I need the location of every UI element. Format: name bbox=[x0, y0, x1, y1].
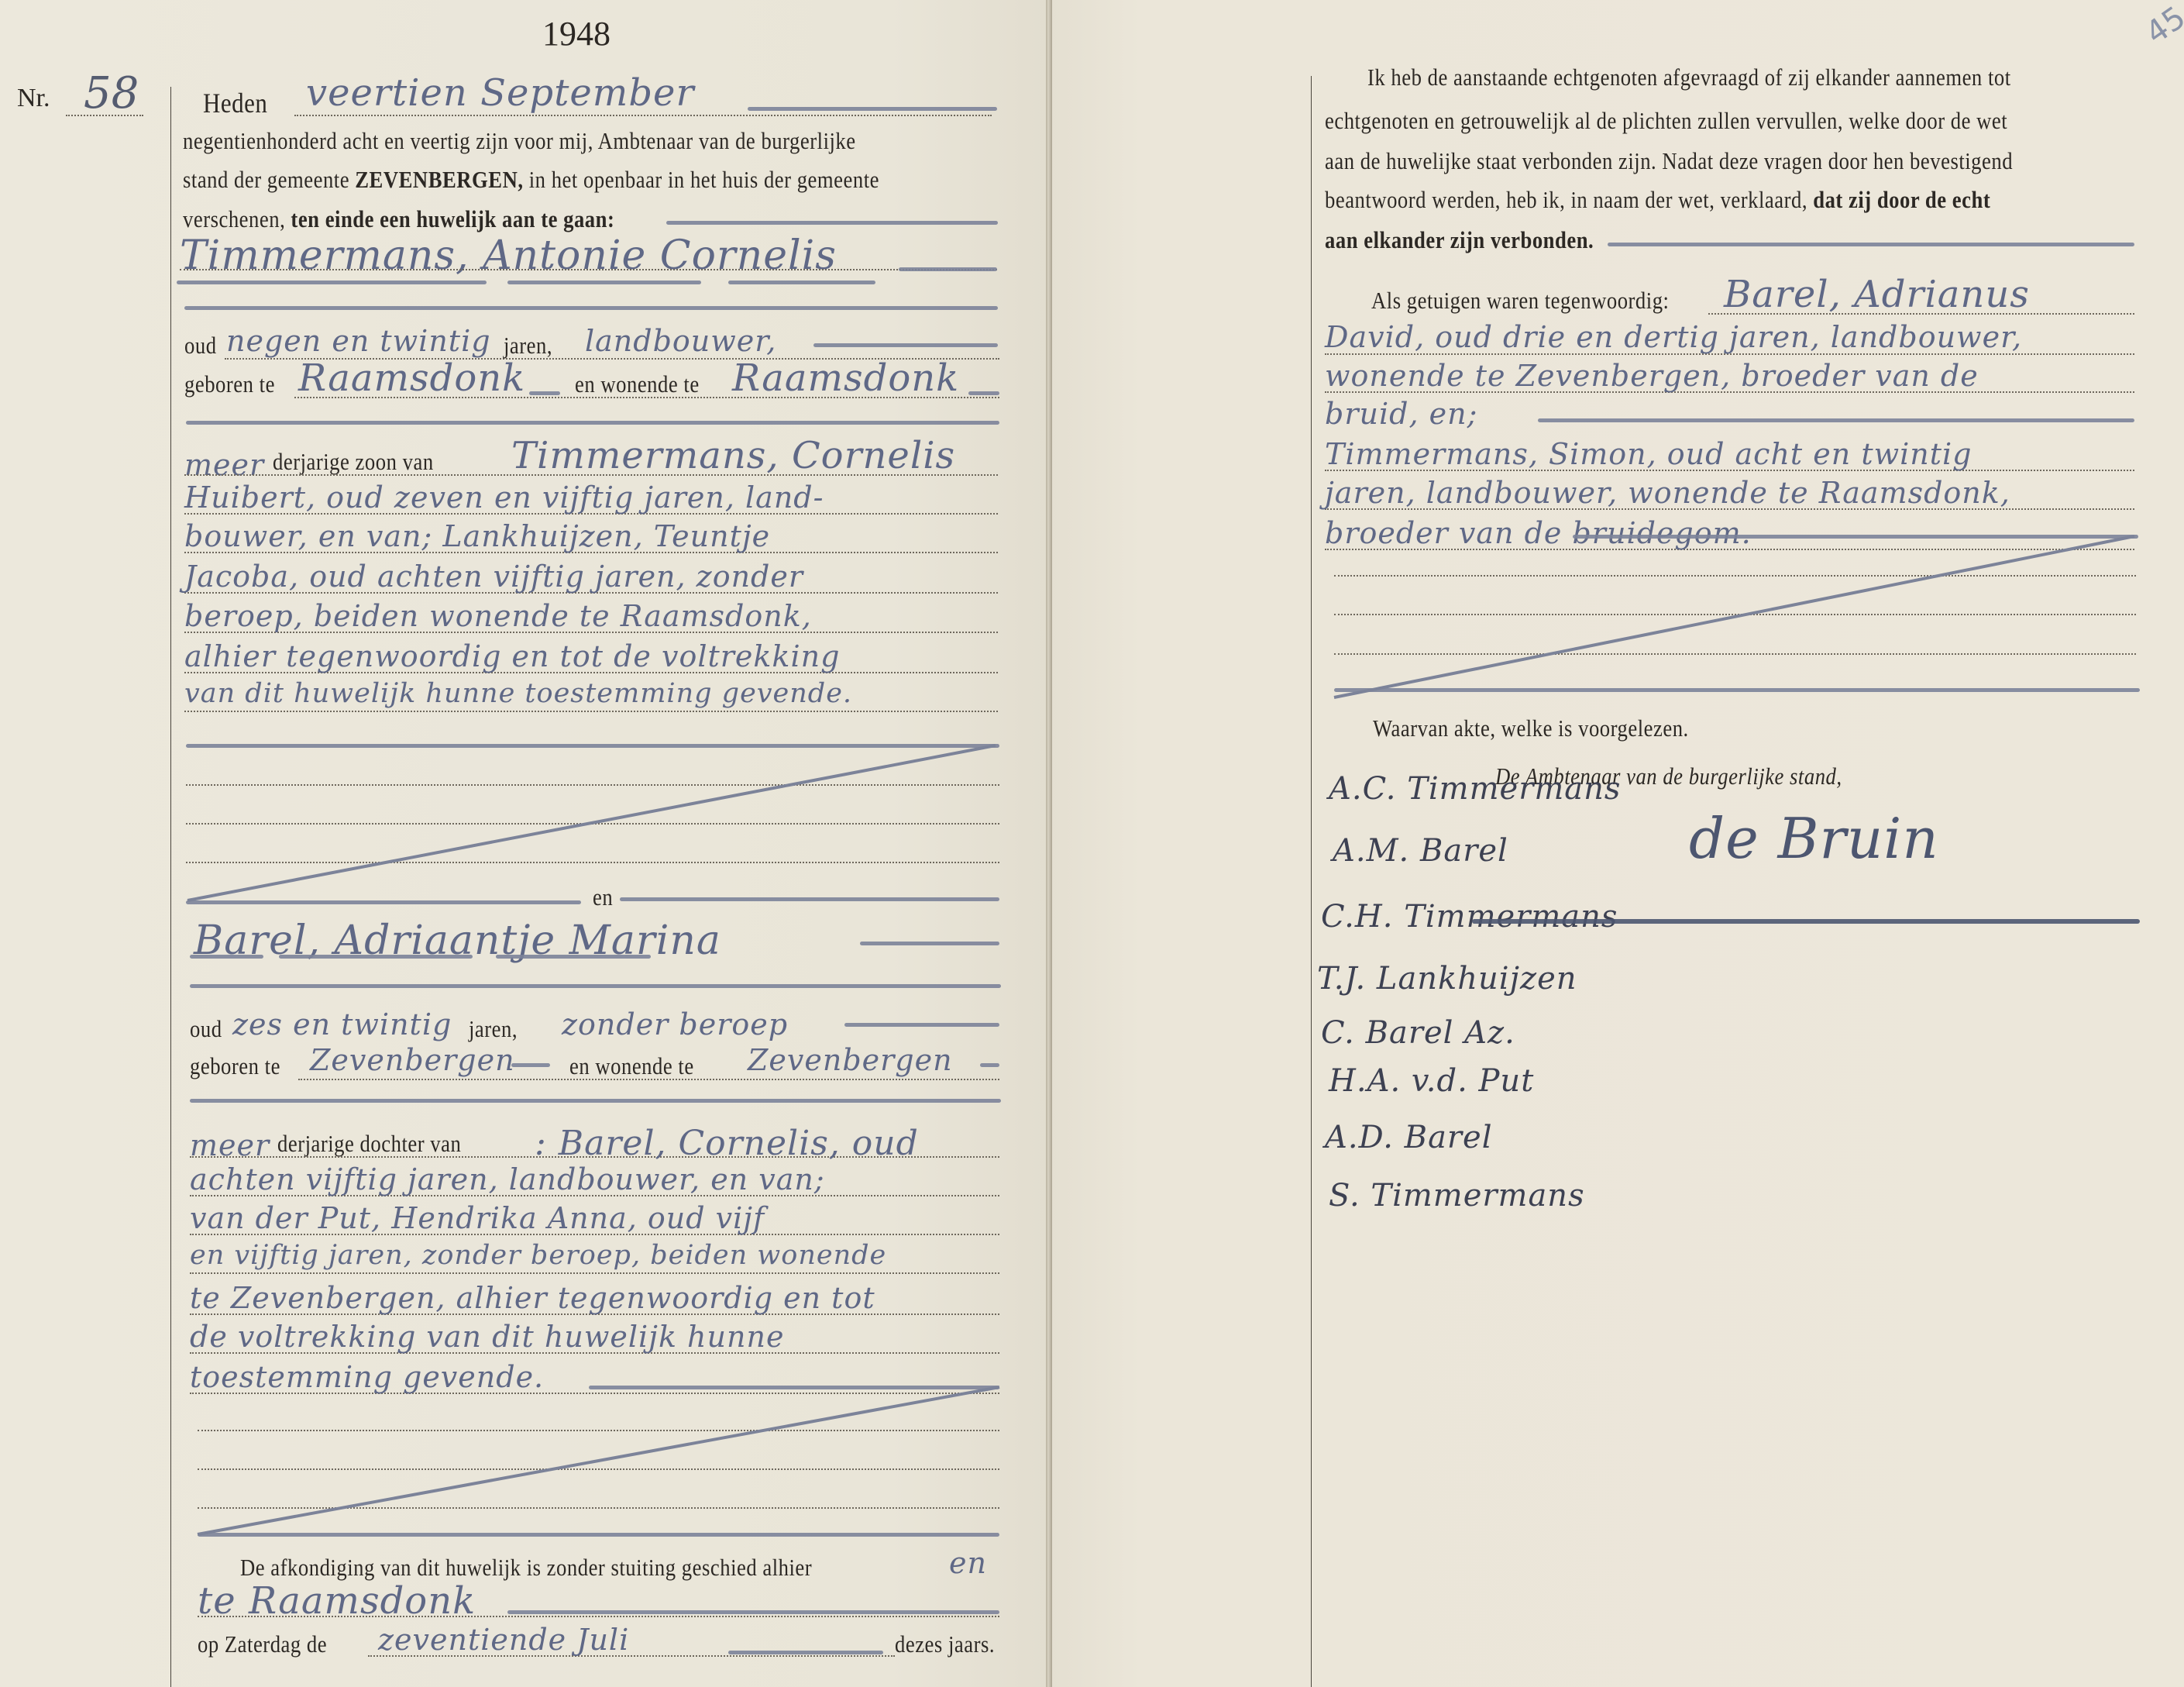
fill-line bbox=[511, 1063, 550, 1067]
witness-line-2: David, oud drie en dertig jaren, landbou… bbox=[1325, 320, 2022, 354]
fill-line bbox=[860, 942, 999, 945]
left-margin-rule bbox=[170, 87, 171, 1687]
bride-parents-line-7: toestemming gevende. bbox=[190, 1360, 544, 1394]
printed-afkondiging: De afkondiging van dit huwelijk is zonde… bbox=[240, 1554, 812, 1582]
fill-line bbox=[186, 744, 999, 748]
printed-dezes-jaars: dezes jaars. bbox=[895, 1630, 995, 1658]
printed-op-zaterdag: op Zaterdag de bbox=[198, 1630, 327, 1658]
printed-jaren: jaren, bbox=[504, 332, 552, 360]
signature-bride: A.M. Barel bbox=[1333, 833, 1508, 869]
dotted-line bbox=[1334, 575, 2136, 577]
fill-line bbox=[589, 1386, 999, 1389]
bride-birthplace: Zevenbergen bbox=[310, 1043, 515, 1077]
groom-parents-line-4: Jacoba, oud achten vijftig jaren, zonder bbox=[184, 559, 803, 594]
witness-line-4: bruid, en; bbox=[1325, 397, 1477, 431]
fill-line bbox=[529, 391, 560, 395]
printed-geboren-te: geboren te bbox=[190, 1052, 280, 1080]
printed-line-3: stand der gemeente ZEVENBERGEN, in het o… bbox=[183, 166, 879, 194]
fill-line bbox=[184, 306, 998, 310]
hand-prefix-meer: meer bbox=[184, 448, 264, 482]
groom-birthplace: Raamsdonk bbox=[298, 356, 525, 400]
fill-line bbox=[620, 897, 999, 901]
fill-line bbox=[899, 267, 997, 271]
signature-flourish bbox=[1472, 919, 2140, 924]
proclamation-date: zeventiende Juli bbox=[378, 1623, 629, 1657]
signature-witness-2: T.J. Lankhuijzen bbox=[1317, 961, 1577, 997]
fill-line bbox=[198, 1533, 999, 1537]
printed-wonende-te: en wonende te bbox=[575, 370, 700, 398]
dotted-line bbox=[294, 115, 992, 116]
signature-witness-6: S. Timmermans bbox=[1329, 1178, 1585, 1214]
printed-zoon-van: derjarige zoon van bbox=[273, 448, 434, 476]
fill-line bbox=[1608, 243, 2134, 246]
underline-middlename bbox=[496, 955, 651, 959]
dotted-line bbox=[184, 711, 998, 712]
bride-parents-line-5: te Zevenbergen, alhier tegenwoordig en t… bbox=[190, 1281, 875, 1315]
printed-line-4-bold: ten einde een huwelijk aan te gaan: bbox=[291, 205, 614, 232]
groom-parents-line-6: alhier tegenwoordig en tot de voltrekkin… bbox=[184, 639, 840, 673]
dotted-line bbox=[198, 1507, 999, 1509]
declaration-line-4: beantwoord werden, heb ik, in naam der w… bbox=[1325, 186, 1990, 214]
witness-line-1: Barel, Adrianus bbox=[1724, 273, 2030, 316]
dotted-line bbox=[186, 823, 999, 825]
groom-residence: Raamsdonk bbox=[732, 356, 959, 400]
record-number-label: Nr. bbox=[17, 84, 50, 113]
printed-line-3-pre: stand der gemeente bbox=[183, 166, 355, 193]
declaration-line-3: aan de huwelijke staat verbonden zijn. N… bbox=[1325, 147, 2013, 175]
bride-parents-line-3: van der Put, Hendrika Anna, oud vijf bbox=[190, 1201, 765, 1235]
fill-line bbox=[728, 1651, 883, 1654]
fill-line bbox=[748, 107, 997, 111]
bride-parents-line-1: : Barel, Cornelis, oud bbox=[535, 1124, 919, 1163]
declaration-line-5: aan elkander zijn verbonden. bbox=[1325, 226, 1594, 254]
underline-middlename bbox=[728, 281, 875, 284]
dotted-line bbox=[198, 1430, 999, 1431]
fill-line bbox=[1538, 418, 2134, 422]
bride-parents-line-4: en vijftig jaren, zonder beroep, beiden … bbox=[190, 1240, 886, 1271]
underline-firstname bbox=[507, 281, 701, 284]
groom-parents-line-7: van dit huwelijk hunne toestemming geven… bbox=[184, 678, 852, 709]
bride-parents-line-6: de voltrekking van dit huwelijk hunne bbox=[190, 1320, 784, 1354]
printed-line-4-pre: verschenen, bbox=[183, 205, 291, 232]
witness-line-6: jaren, landbouwer, wonende te Raamsdonk, bbox=[1325, 476, 2010, 510]
printed-oud: oud bbox=[190, 1015, 222, 1043]
underline-surname bbox=[190, 955, 263, 959]
witness-line-3: wonende te Zevenbergen, broeder van de bbox=[1325, 359, 1979, 393]
dotted-line bbox=[190, 1272, 999, 1274]
fill-line bbox=[1334, 688, 2140, 692]
printed-en: en bbox=[593, 883, 613, 911]
witness-line-5: Timmermans, Simon, oud acht en twintig bbox=[1325, 437, 1972, 471]
right-page bbox=[1051, 0, 2184, 1687]
printed-heden: Heden bbox=[203, 87, 267, 119]
bride-residence: Zevenbergen bbox=[748, 1043, 953, 1077]
groom-age: negen en twintig bbox=[226, 324, 491, 358]
year-heading: 1948 bbox=[542, 14, 610, 53]
fill-line bbox=[190, 984, 1001, 988]
groom-name: Timmermans, Antonie Cornelis bbox=[180, 232, 837, 279]
municipality-name: ZEVENBERGEN, bbox=[355, 166, 523, 193]
declaration-line-4-pre: beantwoord werden, heb ik, in naam der w… bbox=[1325, 186, 1813, 213]
printed-oud: oud bbox=[184, 332, 217, 360]
bride-occupation: zonder beroep bbox=[562, 1007, 788, 1041]
record-number: 58 bbox=[84, 68, 139, 119]
underline-firstname bbox=[279, 955, 473, 959]
printed-line-2: negentienhonderd acht en veertig zijn vo… bbox=[183, 127, 856, 155]
fill-line bbox=[1573, 535, 2138, 539]
groom-parents-line-1: Timmermans, Cornelis bbox=[511, 434, 955, 477]
bride-parents-line-2: achten vijftig jaren, landbouwer, en van… bbox=[190, 1162, 825, 1196]
fill-line bbox=[844, 1023, 999, 1027]
fill-line bbox=[507, 1610, 999, 1614]
signature-groom: A.C. Timmermans bbox=[1329, 771, 1621, 807]
dotted-line bbox=[1334, 653, 2136, 655]
printed-line-3-post: in het openbaar in het huis der gemeente bbox=[524, 166, 879, 193]
groom-parents-line-3: bouwer, en van; Lankhuijzen, Teuntje bbox=[184, 519, 770, 553]
dotted-line bbox=[186, 862, 999, 863]
book-gutter bbox=[1046, 0, 1052, 1687]
fill-line bbox=[190, 1099, 1001, 1103]
signature-registrar: de Bruin bbox=[1689, 806, 1939, 871]
fill-line bbox=[186, 421, 999, 425]
dotted-line bbox=[186, 784, 999, 786]
handwritten-date: veertien September bbox=[306, 71, 694, 115]
declaration-line-2: echtgenoten en getrouwelijk al de plicht… bbox=[1325, 107, 2007, 135]
groom-occupation: landbouwer, bbox=[585, 324, 776, 358]
fill-line bbox=[813, 343, 998, 347]
hand-en: en bbox=[949, 1546, 987, 1580]
printed-dochter-van: derjarige dochter van bbox=[277, 1130, 461, 1158]
signature-witness-4: H.A. v.d. Put bbox=[1329, 1063, 1534, 1099]
underline-surname bbox=[177, 281, 487, 284]
groom-parents-line-2: Huibert, oud zeven en vijftig jaren, lan… bbox=[184, 480, 824, 515]
declaration-line-1: Ik heb de aanstaande echtgenoten afgevra… bbox=[1367, 64, 2011, 91]
closing-statement: Waarvan akte, welke is voorgelezen. bbox=[1373, 714, 1689, 742]
witness-line-7: broeder van de bruidegom. bbox=[1325, 516, 1752, 550]
fill-line bbox=[666, 221, 998, 225]
printed-wonende-te: en wonende te bbox=[569, 1052, 694, 1080]
dotted-line bbox=[1334, 614, 2136, 615]
right-margin-rule bbox=[1311, 76, 1312, 1687]
fill-line bbox=[980, 1063, 999, 1067]
printed-line-4: verschenen, ten einde een huwelijk aan t… bbox=[183, 205, 614, 233]
signature-witness-5: A.D. Barel bbox=[1325, 1120, 1493, 1155]
bride-age: zes en twintig bbox=[232, 1007, 452, 1041]
fill-line bbox=[968, 391, 999, 395]
fill-line bbox=[186, 900, 581, 904]
proclamation-place: te Raamsdonk bbox=[198, 1579, 476, 1623]
witnesses-label: Als getuigen waren tegenwoordig: bbox=[1371, 287, 1669, 315]
signature-witness-3: C. Barel Az. bbox=[1321, 1015, 1515, 1051]
groom-parents-line-5: beroep, beiden wonende te Raamsdonk, bbox=[184, 599, 812, 633]
signature-witness-1: C.H. Timmermans bbox=[1321, 899, 1618, 935]
dotted-line bbox=[198, 1468, 999, 1470]
dotted-line bbox=[180, 269, 997, 270]
printed-jaren: jaren, bbox=[469, 1015, 518, 1043]
printed-geboren-te: geboren te bbox=[184, 370, 275, 398]
declaration-line-4-bold: dat zij door de echt bbox=[1813, 186, 1990, 213]
declaration-line-5-bold: aan elkander zijn verbonden. bbox=[1325, 226, 1594, 253]
